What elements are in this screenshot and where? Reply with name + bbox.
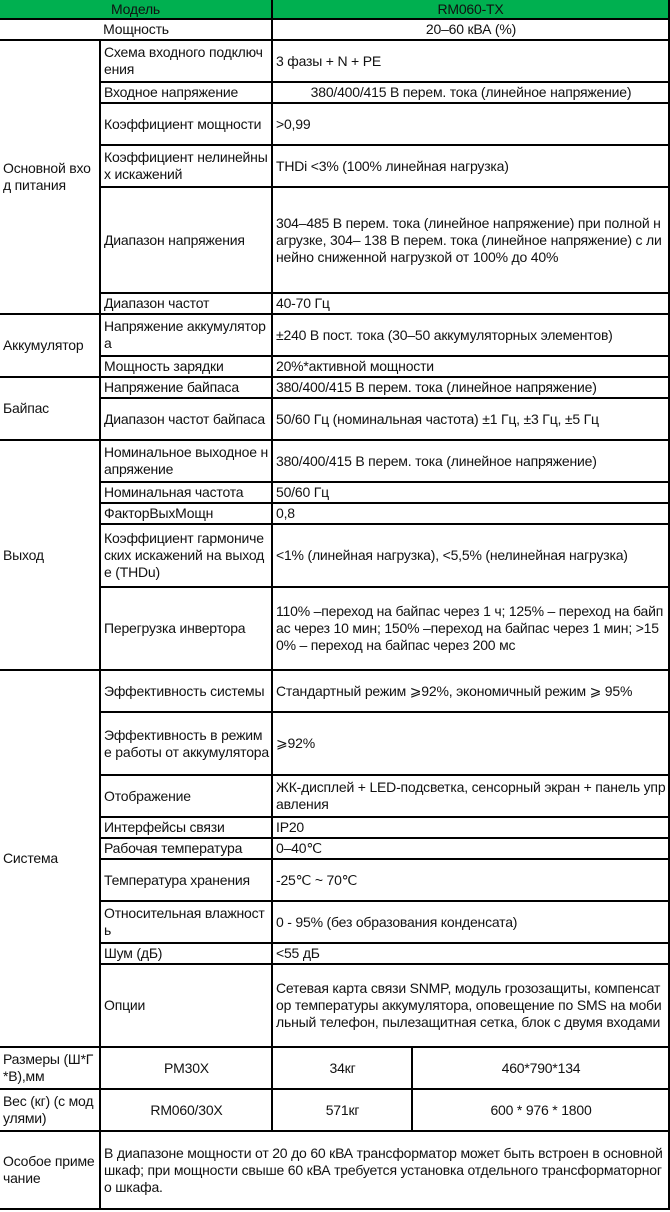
table-row: Система Эффективность системы Стандартны… (0, 670, 669, 712)
value-cell: ⩾92% (272, 712, 669, 775)
model-label: Модель (0, 0, 272, 19)
table-row: Эффективность в режиме работы от аккумул… (0, 712, 669, 775)
param-cell: ФакторВыхМощн (100, 503, 272, 524)
dimensions-model: PM30X (100, 1047, 272, 1089)
table-row: ФакторВыхМощн 0,8 (0, 503, 669, 524)
table-row: Интерфейсы связи IP20 (0, 817, 669, 838)
param-cell: Диапазон частот байпаса (100, 398, 272, 440)
group-output: Выход (0, 440, 100, 670)
value-cell: 0–40℃ (272, 838, 669, 859)
weight-row: Вес (кг) (с модулями) RM060/30X 571кг 60… (0, 1089, 669, 1131)
param-cell: Температура хранения (100, 859, 272, 901)
table-row: Перегрузка инвертора 110% –переход на ба… (0, 587, 669, 670)
param-cell: Схема входного подключения (100, 40, 272, 82)
value-cell: IP20 (272, 817, 669, 838)
table-row: Коэффициент мощности >0,99 (0, 103, 669, 145)
spec-table: Модель RM060-TX Мощность 20–60 кВА (%) О… (0, 0, 670, 1210)
dimensions-label: Размеры (Ш*Г*В),мм (0, 1047, 100, 1089)
table-row: Отображение ЖК-дисплей + LED-подсветка, … (0, 775, 669, 817)
table-row: Диапазон частот байпаса 50/60 Гц (номина… (0, 398, 669, 440)
param-cell: Номинальное выходное напряжение (100, 440, 272, 482)
group-bypass: Байпас (0, 377, 100, 440)
table-row: Основной вход питания Схема входного под… (0, 40, 669, 82)
param-cell: Входное напряжение (100, 82, 272, 103)
value-cell: 380/400/415 В перем. тока (линейное напр… (272, 440, 669, 482)
value-cell: Стандартный режим ⩾92%, экономичный режи… (272, 670, 669, 712)
value-cell: 304–485 В перем. тока (линейное напряжен… (272, 187, 669, 293)
value-cell: 0,8 (272, 503, 669, 524)
note-label: Особое примечание (0, 1131, 100, 1209)
value-cell: ЖК-дисплей + LED-подсветка, сенсорный эк… (272, 775, 669, 817)
param-cell: Эффективность в режиме работы от аккумул… (100, 712, 272, 775)
table-row: Входное напряжение 380/400/415 В перем. … (0, 82, 669, 103)
note-row: Особое примечание В диапазоне мощности о… (0, 1131, 669, 1209)
weight-size: 600 * 976 * 1800 (412, 1089, 669, 1131)
table-row: Выход Номинальное выходное напряжение 38… (0, 440, 669, 482)
param-cell: Диапазон частот (100, 293, 272, 314)
param-cell: Коэффициент гармонических искажений на в… (100, 524, 272, 587)
param-cell: Опции (100, 964, 272, 1047)
table-row: Рабочая температура 0–40℃ (0, 838, 669, 859)
header-row: Модель RM060-TX (0, 0, 669, 19)
value-cell: -25℃ ~ 70℃ (272, 859, 669, 901)
param-cell: Отображение (100, 775, 272, 817)
value-cell: <1% (линейная нагрузка), <5,5% (нелинейн… (272, 524, 669, 587)
table-row: Аккумулятор Напряжение аккумулятора ±240… (0, 314, 669, 356)
spec-sheet: Модель RM060-TX Мощность 20–60 кВА (%) О… (0, 0, 670, 1210)
power-value: 20–60 кВА (%) (272, 19, 669, 40)
param-cell: Мощность зарядки (100, 356, 272, 377)
param-cell: Эффективность системы (100, 670, 272, 712)
dimensions-row: Размеры (Ш*Г*В),мм PM30X 34кг 460*790*13… (0, 1047, 669, 1089)
param-cell: Диапазон напряжения (100, 187, 272, 293)
param-cell: Напряжение аккумулятора (100, 314, 272, 356)
table-row: Относительная влажность 0 - 95% (без обр… (0, 901, 669, 943)
note-text: В диапазоне мощности от 20 до 60 кВА тра… (100, 1131, 669, 1209)
value-cell: ±240 В пост. тока (30–50 аккумуляторных … (272, 314, 669, 356)
value-cell: 50/60 Гц (272, 482, 669, 503)
value-cell: >0,99 (272, 103, 669, 145)
weight-value: 571кг (272, 1089, 412, 1131)
value-cell: THDi <3% (100% линейная нагрузка) (272, 145, 669, 187)
table-row: Шум (дБ) <55 дБ (0, 943, 669, 964)
param-cell: Перегрузка инвертора (100, 587, 272, 670)
param-cell: Коэффициент мощности (100, 103, 272, 145)
table-row: Опции Сетевая карта связи SNMP, модуль г… (0, 964, 669, 1047)
weight-model: RM060/30X (100, 1089, 272, 1131)
group-main-input: Основной вход питания (0, 40, 100, 314)
value-cell: 110% –переход на байпас через 1 ч; 125% … (272, 587, 669, 670)
value-cell: Сетевая карта связи SNMP, модуль грозоза… (272, 964, 669, 1047)
table-row: Номинальная частота 50/60 Гц (0, 482, 669, 503)
value-cell: 50/60 Гц (номинальная частота) ±1 Гц, ±3… (272, 398, 669, 440)
param-cell: Интерфейсы связи (100, 817, 272, 838)
param-cell: Номинальная частота (100, 482, 272, 503)
power-label: Мощность (0, 19, 272, 40)
table-row: Температура хранения -25℃ ~ 70℃ (0, 859, 669, 901)
value-cell: <55 дБ (272, 943, 669, 964)
param-cell: Коэффициент нелинейных искажений (100, 145, 272, 187)
table-row: Байпас Напряжение байпаса 380/400/415 В … (0, 377, 669, 398)
group-system: Система (0, 670, 100, 1047)
weight-label: Вес (кг) (с модулями) (0, 1089, 100, 1131)
value-cell: 20%*активной мощности (272, 356, 669, 377)
value-cell: 380/400/415 В перем. тока (линейное напр… (272, 82, 669, 103)
dimensions-weight: 34кг (272, 1047, 412, 1089)
power-row: Мощность 20–60 кВА (%) (0, 19, 669, 40)
value-cell: 0 - 95% (без образования конденсата) (272, 901, 669, 943)
param-cell: Напряжение байпаса (100, 377, 272, 398)
table-row: Диапазон напряжения 304–485 В перем. ток… (0, 187, 669, 293)
dimensions-size: 460*790*134 (412, 1047, 669, 1089)
table-row: Коэффициент гармонических искажений на в… (0, 524, 669, 587)
param-cell: Рабочая температура (100, 838, 272, 859)
table-row: Коэффициент нелинейных искажений THDi <3… (0, 145, 669, 187)
table-row: Мощность зарядки 20%*активной мощности (0, 356, 669, 377)
model-value: RM060-TX (272, 0, 669, 19)
group-battery: Аккумулятор (0, 314, 100, 377)
value-cell: 40-70 Гц (272, 293, 669, 314)
value-cell: 380/400/415 В перем. тока (линейное напр… (272, 377, 669, 398)
param-cell: Шум (дБ) (100, 943, 272, 964)
param-cell: Относительная влажность (100, 901, 272, 943)
table-row: Диапазон частот 40-70 Гц (0, 293, 669, 314)
value-cell: 3 фазы + N + PE (272, 40, 669, 82)
